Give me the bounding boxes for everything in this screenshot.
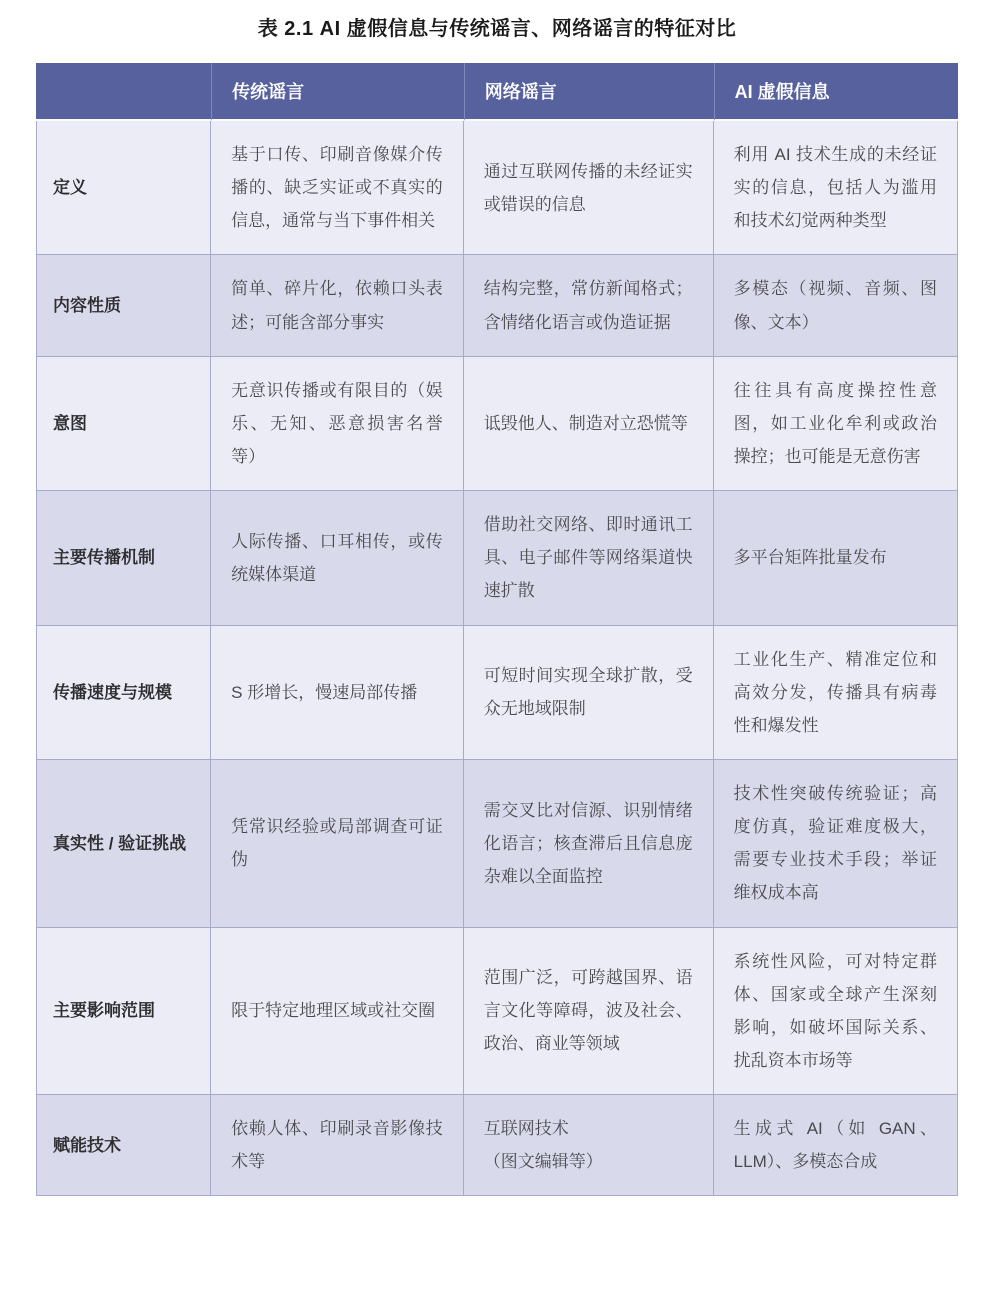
table-row: 真实性 / 验证挑战 凭常识经验或局部调查可证伪 需交叉比对信源、识别情绪化语言…: [36, 760, 958, 928]
table-row: 意图 无意识传播或有限目的（娱乐、无知、恶意损害名誉等） 诋毁他人、制造对立恐慌…: [36, 357, 958, 491]
table-row: 主要影响范围 限于特定地理区域或社交圈 范围广泛，可跨越国界、语言文化等障碍，波…: [36, 928, 958, 1096]
table-row: 定义 基于口传、印刷音像媒介传播的、缺乏实证或不真实的信息，通常与当下事件相关 …: [36, 121, 958, 255]
table-row: 内容性质 简单、碎片化，依赖口头表述；可能含部分事实 结构完整，常仿新闻格式；含…: [36, 255, 958, 356]
row-label-definition: 定义: [36, 121, 211, 255]
table-cell: 往往具有高度操控性意图，如工业化牟利或政治操控；也可能是无意伤害: [714, 357, 958, 491]
column-header-ai-disinformation: AI 虚假信息: [714, 63, 958, 121]
table-cell: 无意识传播或有限目的（娱乐、无知、恶意损害名誉等）: [211, 357, 464, 491]
table-cell: 范围广泛，可跨越国界、语言文化等障碍，波及社会、政治、商业等领域: [464, 928, 714, 1096]
row-label-enabling-technology: 赋能技术: [36, 1095, 211, 1196]
row-label-propagation-mechanism: 主要传播机制: [36, 491, 211, 625]
table-cell: 依赖人体、印刷录音影像技术等: [211, 1095, 464, 1196]
table-cell: 结构完整，常仿新闻格式；含情绪化语言或伪造证据: [464, 255, 714, 356]
row-label-content-nature: 内容性质: [36, 255, 211, 356]
article-page: 表 2.1 AI 虚假信息与传统谣言、网络谣言的特征对比 传统谣言 网络谣言 A…: [0, 0, 994, 1305]
table-cell: 生成式 AI（如 GAN、LLM）、多模态合成: [714, 1095, 958, 1196]
table-cell: 借助社交网络、即时通讯工具、电子邮件等网络渠道快速扩散: [464, 491, 714, 625]
table-header-row: 传统谣言 网络谣言 AI 虚假信息: [36, 63, 958, 121]
table-cell: 通过互联网传播的未经证实或错误的信息: [464, 121, 714, 255]
table-cell: 需交叉比对信源、识别情绪化语言；核查滞后且信息庞杂难以全面监控: [464, 760, 714, 928]
table-cell: 多模态（视频、音频、图像、文本）: [714, 255, 958, 356]
comparison-table: 传统谣言 网络谣言 AI 虚假信息 定义 基于口传、印刷音像媒介传播的、缺乏实证…: [36, 63, 958, 1196]
table-row: 主要传播机制 人际传播、口耳相传，或传统媒体渠道 借助社交网络、即时通讯工具、电…: [36, 491, 958, 625]
row-label-speed-and-scale: 传播速度与规模: [36, 626, 211, 760]
table-row: 赋能技术 依赖人体、印刷录音影像技术等 互联网技术 （图文编辑等） 生成式 AI…: [36, 1095, 958, 1196]
table-cell: 工业化生产、精准定位和高效分发，传播具有病毒性和爆发性: [714, 626, 958, 760]
table-cell: 系统性风险，可对特定群体、国家或全球产生深刻影响，如破坏国际关系、扰乱资本市场等: [714, 928, 958, 1096]
column-header-blank: [36, 63, 211, 121]
table-cell: 利用 AI 技术生成的未经证实的信息，包括人为滥用和技术幻觉两种类型: [714, 121, 958, 255]
column-header-traditional-rumors: 传统谣言: [211, 63, 464, 121]
table-title: 表 2.1 AI 虚假信息与传统谣言、网络谣言的特征对比: [0, 12, 994, 41]
row-label-impact-scope: 主要影响范围: [36, 928, 211, 1096]
table-row: 传播速度与规模 S 形增长，慢速局部传播 可短时间实现全球扩散，受众无地域限制 …: [36, 626, 958, 760]
table-cell: 限于特定地理区域或社交圈: [211, 928, 464, 1096]
table-cell: 技术性突破传统验证；高度仿真，验证难度极大，需要专业技术手段；举证维权成本高: [714, 760, 958, 928]
table-cell: 基于口传、印刷音像媒介传播的、缺乏实证或不真实的信息，通常与当下事件相关: [211, 121, 464, 255]
table-cell: 人际传播、口耳相传，或传统媒体渠道: [211, 491, 464, 625]
table-cell: 多平台矩阵批量发布: [714, 491, 958, 625]
row-label-intent: 意图: [36, 357, 211, 491]
table-cell: 诋毁他人、制造对立恐慌等: [464, 357, 714, 491]
table-cell: S 形增长，慢速局部传播: [211, 626, 464, 760]
row-label-verification-challenge: 真实性 / 验证挑战: [36, 760, 211, 928]
table-cell: 互联网技术 （图文编辑等）: [464, 1095, 714, 1196]
table-cell: 简单、碎片化，依赖口头表述；可能含部分事实: [211, 255, 464, 356]
column-header-internet-rumors: 网络谣言: [464, 63, 714, 121]
table-cell: 可短时间实现全球扩散，受众无地域限制: [464, 626, 714, 760]
table-cell: 凭常识经验或局部调查可证伪: [211, 760, 464, 928]
